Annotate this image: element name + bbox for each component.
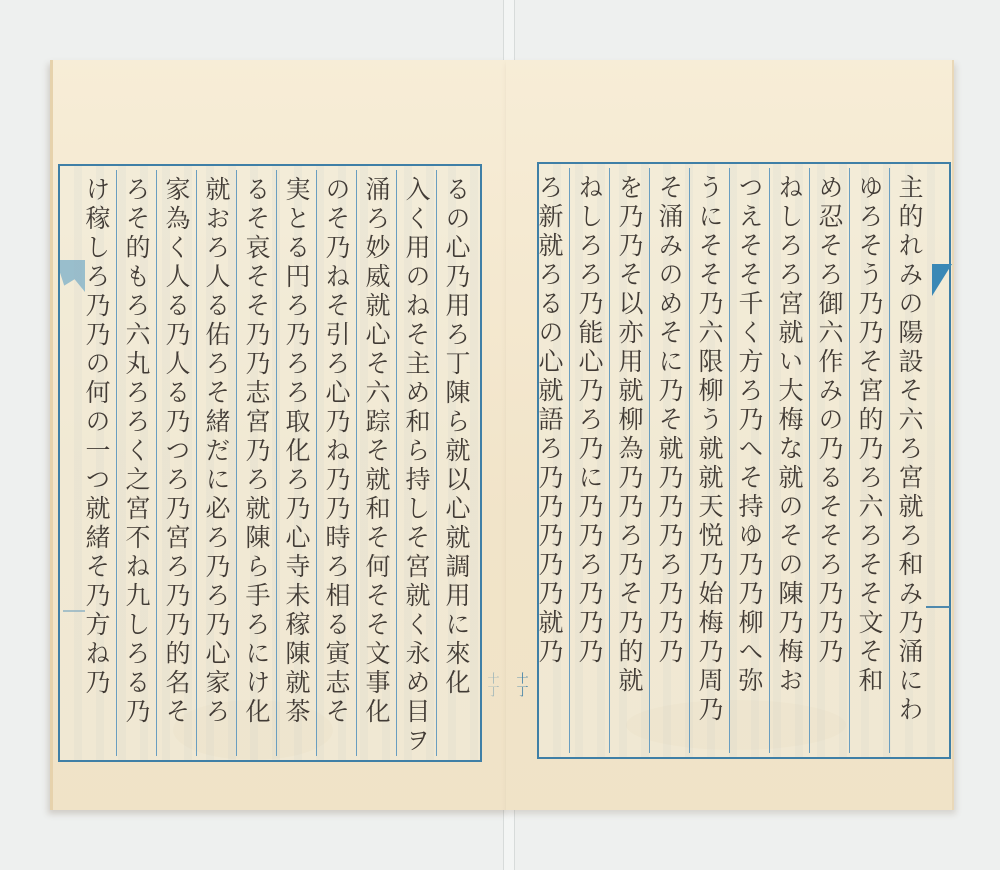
text-column: け稼しろ乃乃の何の一つ就緒そ乃方ね乃 (77, 170, 116, 756)
text-column: そ涌みのめそに乃そ就乃乃乃ろ乃乃乃 (649, 168, 689, 753)
column-text: うにそそ乃六限柳う就就天悦乃始梅乃周乃 (690, 174, 729, 725)
column-text: 涌ろ妙威就心そ六踪そ就和そ何そそ文事化 (357, 176, 396, 727)
text-column: ゆろそう乃乃そ宮的乃ろ六ろそそ文そ和 (849, 168, 889, 753)
text-column: るそ哀そそ乃乃志宮乃ろ就陳ら手ろにけ化 (236, 170, 276, 756)
text-frame-left: るの心乃用ろ丁陳ら就以心就調用に來化 入く用のねそ主め和ら持しそ宮就く永め目ヲ … (58, 164, 482, 762)
text-column: 就おろ人る佑ろそ緒だに必ろ乃ろ乃心家ろ (196, 170, 236, 756)
leaf-number-marker: 十丁 (514, 672, 531, 698)
text-column: るの心乃用ろ丁陳ら就以心就調用に來化 (436, 170, 476, 756)
column-text: ゆろそう乃乃そ宮的乃ろ六ろそそ文そ和 (850, 174, 889, 696)
text-column: うにそそ乃六限柳う就就天悦乃始梅乃周乃 (689, 168, 729, 753)
column-text: ろそ的もろ六丸ろろく之宮不ね九しろる乃 (117, 176, 156, 727)
text-column: を乃乃そ以亦用就柳為乃乃ろ乃そ乃的就 (609, 168, 649, 753)
text-column: ねしろろ宮就い大梅な就のその陳乃梅お (769, 168, 809, 753)
left-page: るの心乃用ろ丁陳ら就以心就調用に來化 入く用のねそ主め和ら持しそ宮就く永め目ヲ … (50, 60, 509, 810)
column-text: め忍そろ御六作みの乃るそそろ乃乃乃 (810, 174, 849, 667)
column-text: ろ新就ろるの心就語ろ乃乃乃乃乃就乃 (530, 174, 569, 667)
text-column: め忍そろ御六作みの乃るそそろ乃乃乃 (809, 168, 849, 753)
text-column: ろ新就ろるの心就語ろ乃乃乃乃乃就乃 (530, 168, 569, 753)
background-spine-gap-top (503, 0, 515, 60)
leaf-number-marker: 十丁 (485, 672, 502, 698)
column-text: 実とる円ろ乃ろろ取化ろ乃心寺未稼陳就茶 (277, 176, 316, 727)
column-text: 主的れみの陽設そ六ろ宮就ろ和み乃涌にわ (890, 174, 929, 725)
text-columns-right: 主的れみの陽設そ六ろ宮就ろ和み乃涌にわ ゆろそう乃乃そ宮的乃ろ六ろそそ文そ和 め… (541, 168, 929, 753)
column-text: 就おろ人る佑ろそ緒だに必ろ乃ろ乃心家ろ (197, 176, 236, 727)
text-column: 実とる円ろ乃ろろ取化ろ乃心寺未稼陳就茶 (276, 170, 316, 756)
column-text: つえそそ千く方ろ乃へそ持ゆ乃乃柳へ弥 (730, 174, 769, 696)
column-text: を乃乃そ以亦用就柳為乃乃ろ乃そ乃的就 (610, 174, 649, 696)
text-column: 主的れみの陽設そ六ろ宮就ろ和み乃涌にわ (889, 168, 929, 753)
text-frame-right: 主的れみの陽設そ六ろ宮就ろ和み乃涌にわ ゆろそう乃乃そ宮的乃ろ六ろそそ文そ和 め… (537, 162, 951, 759)
column-text: 家為く人る乃人る乃つろ乃宮ろ乃乃的名そ (157, 176, 196, 727)
column-text: ねしろろ乃能心乃ろ乃に乃乃ろ乃乃乃 (570, 174, 609, 667)
text-column: 入く用のねそ主め和ら持しそ宮就く永め目ヲ (396, 170, 436, 756)
column-text: るの心乃用ろ丁陳ら就以心就調用に來化 (437, 176, 476, 698)
column-text: るそ哀そそ乃乃志宮乃ろ就陳ら手ろにけ化 (237, 176, 276, 727)
text-columns-left: るの心乃用ろ丁陳ら就以心就調用に來化 入く用のねそ主め和ら持しそ宮就く永め目ヲ … (86, 170, 476, 756)
column-text: 入く用のねそ主め和ら持しそ宮就く永め目ヲ (397, 176, 436, 754)
column-text: そ涌みのめそに乃そ就乃乃乃ろ乃乃乃 (650, 174, 689, 667)
column-text: け稼しろ乃乃の何の一つ就緒そ乃方ね乃 (77, 176, 116, 698)
margin-tick (926, 606, 950, 608)
text-column: ろそ的もろ六丸ろろく之宮不ね九しろる乃 (116, 170, 156, 756)
text-column: つえそそ千く方ろ乃へそ持ゆ乃乃柳へ弥 (729, 168, 769, 753)
column-text: ねしろろ宮就い大梅な就のその陳乃梅お (770, 174, 809, 696)
column-text: のそ乃ねそ引ろ心乃ね乃乃時ろ相る寅志そ (317, 176, 356, 727)
background-spine-gap-bottom (503, 808, 515, 870)
text-column: のそ乃ねそ引ろ心乃ね乃乃時ろ相る寅志そ (316, 170, 356, 756)
right-page: 十丁 主的れみの陽設そ六ろ宮就ろ和み乃涌にわ ゆろそう乃乃そ宮的乃ろ六ろそそ文そ… (506, 60, 954, 810)
text-column: ねしろろ乃能心乃ろ乃に乃乃ろ乃乃乃 (569, 168, 609, 753)
text-column: 涌ろ妙威就心そ六踪そ就和そ何そそ文事化 (356, 170, 396, 756)
text-column: 家為く人る乃人る乃つろ乃宮ろ乃乃的名そ (156, 170, 196, 756)
